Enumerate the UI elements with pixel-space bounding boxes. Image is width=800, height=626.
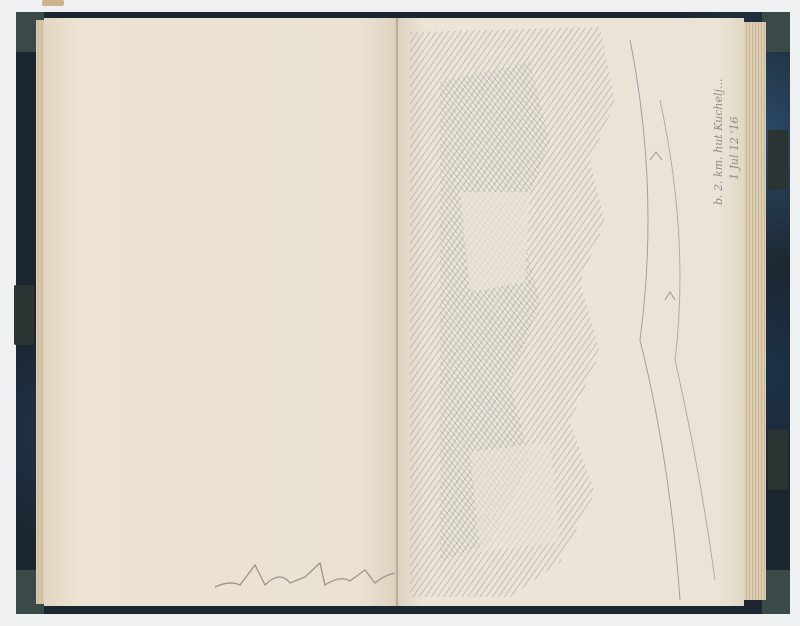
pencil-signature [210, 555, 400, 595]
clasp-right-bottom [768, 430, 788, 490]
forest-sketch [400, 22, 630, 602]
annotation-line-1: b. 2. km. hut Kuchelj... [712, 79, 725, 205]
annotation-line-2: 1 Jul 12 '16 [728, 116, 741, 180]
right-page-edges [744, 22, 766, 600]
paper-scrap [42, 0, 64, 6]
left-page [44, 18, 398, 606]
clasp-right-top [768, 130, 788, 190]
clasp-left [14, 285, 34, 345]
cover-corner-top-right [762, 12, 790, 52]
cover-corner-bottom-right [762, 570, 790, 614]
